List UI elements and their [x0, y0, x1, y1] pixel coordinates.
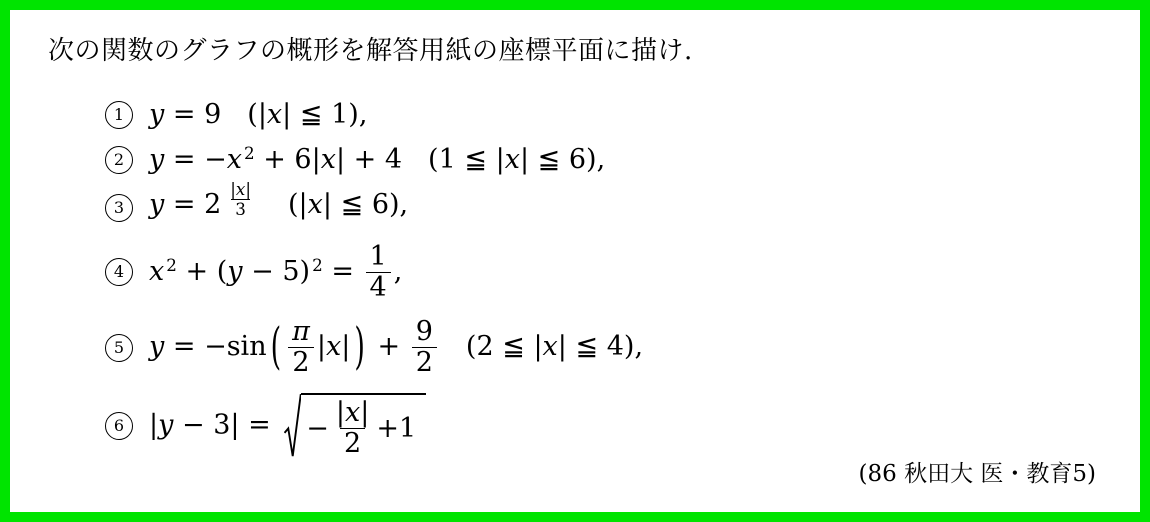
page-title: 次の関数のグラフの概形を解答用紙の座標平面に描け. — [48, 30, 1140, 67]
item-formula-3: y = 2|x|3(|x| ≦ 6), — [149, 189, 408, 228]
problem-list: 1 y = 9(|x| ≦ 1), 2 y = −x2 + 6|x| + 4(1… — [105, 99, 1140, 459]
problem-item-3: 3 y = 2|x|3(|x| ≦ 6), — [105, 189, 408, 228]
item-formula-6: |y − 3| = −|x|2 + 1 — [149, 393, 426, 459]
item-number-badge-2: 2 — [105, 146, 133, 174]
radical-sign — [284, 393, 301, 459]
problem-item-1: 1 y = 9(|x| ≦ 1), — [105, 99, 367, 130]
problem-item-5: 5 y = −sin(π2|x|) + 92(2 ≦ |x| ≦ 4), — [105, 317, 643, 378]
problem-item-6: 6 |y − 3| = −|x|2 + 1 — [105, 393, 426, 459]
item-number-badge-6: 6 — [105, 412, 133, 440]
source-attribution: (86 秋田大 医・教育5) — [859, 455, 1096, 488]
item-formula-1: y = 9(|x| ≦ 1), — [149, 99, 367, 130]
problem-item-4: 4 x2 + (y − 5)2 = 14, — [105, 242, 402, 303]
item-number-badge-1: 1 — [105, 101, 133, 129]
problem-item-2: 2 y = −x2 + 6|x| + 4(1 ≦ |x| ≦ 6), — [105, 144, 605, 175]
item-formula-5: y = −sin(π2|x|) + 92(2 ≦ |x| ≦ 4), — [149, 317, 643, 378]
item-formula-2: y = −x2 + 6|x| + 4(1 ≦ |x| ≦ 6), — [149, 144, 605, 175]
item-number-badge-3: 3 — [105, 194, 133, 222]
item-number-badge-4: 4 — [105, 258, 133, 286]
item-formula-4: x2 + (y − 5)2 = 14, — [149, 242, 402, 303]
page: { "page": { "border_color": "#00e400", "… — [0, 0, 1150, 522]
item-number-badge-5: 5 — [105, 334, 133, 362]
